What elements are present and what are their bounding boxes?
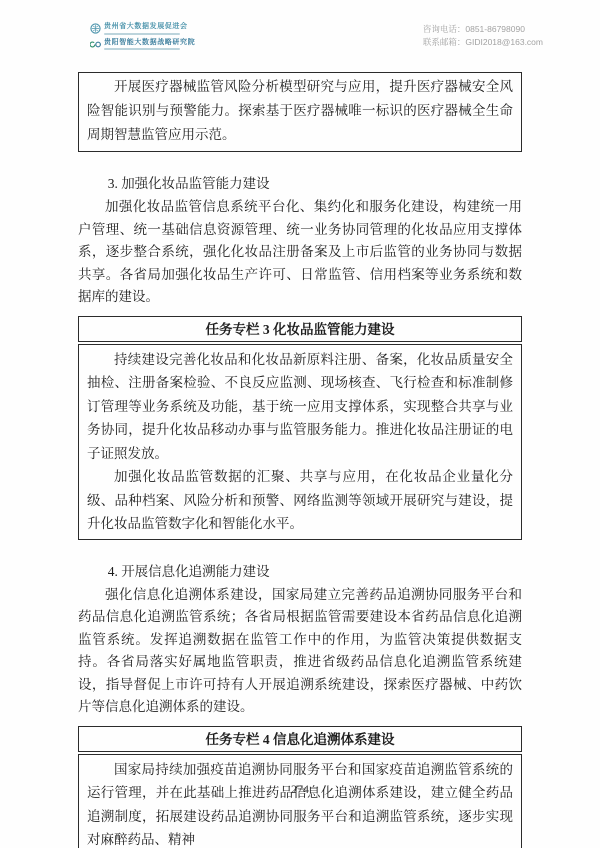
header-contact-info: 咨询电话：0851-86798090 联系邮箱：GIDI2018@163.com xyxy=(423,23,543,48)
task-box-3-body: 持续建设完善化妆品和化妆品新原料注册、备案，化妆品质量安全抽检、注册备案检验、不… xyxy=(78,344,522,540)
task-box-4-body: 国家局持续加强疫苗追溯协同服务平台和国家疫苗追溯监管系统的运行管理，并在此基础上… xyxy=(78,754,522,848)
task-box-3-title: 任务专栏 3 化妆品监管能力建设 xyxy=(78,316,522,342)
section-3-heading: 3. 加强化妆品监管能力建设 xyxy=(78,174,522,194)
association-logo: 贵州省大数据发展促进会 xyxy=(90,23,195,35)
institute-logo-icon xyxy=(90,39,101,50)
contact-phone: 咨询电话：0851-86798090 xyxy=(423,23,543,36)
task-box-3-paragraph-2: 加强化妆品监管数据的汇聚、共享与应用，在化妆品企业量化分级、品种档案、风险分析和… xyxy=(87,465,513,536)
document-content: 开展医疗器械监管风险分析模型研究与应用，提升医疗器械安全风险智能识别与预警能力。… xyxy=(78,72,522,848)
task-box-4-title: 任务专栏 4 信息化追溯体系建设 xyxy=(78,726,522,752)
continuation-paragraph: 开展医疗器械监管风险分析模型研究与应用，提升医疗器械安全风险智能识别与预警能力。… xyxy=(87,75,513,147)
page-number: 274 xyxy=(0,782,600,797)
institute-logo-caption-line xyxy=(104,48,180,50)
section-4-heading: 4. 开展信息化追溯能力建设 xyxy=(78,562,522,582)
institute-logo: 贵阳智能大数据战略研究院 xyxy=(90,39,195,51)
header-logos: 贵州省大数据发展促进会 贵阳智能大数据战略研究院 xyxy=(90,23,195,50)
association-logo-caption-line xyxy=(104,33,180,35)
institute-logo-text: 贵阳智能大数据战略研究院 xyxy=(104,39,195,47)
association-logo-icon xyxy=(90,23,101,34)
task-box-2-continuation: 开展医疗器械监管风险分析模型研究与应用，提升医疗器械安全风险智能识别与预警能力。… xyxy=(78,72,522,152)
document-page: 贵州省大数据发展促进会 贵阳智能大数据战略研究院 咨询电话：0851-86798… xyxy=(0,0,600,848)
section-3-paragraph: 加强化妆品监管信息系统平台化、集约化和服务化建设，构建统一用户管理、统一基础信息… xyxy=(78,196,522,309)
task-box-4-paragraph-1: 国家局持续加强疫苗追溯协同服务平台和国家疫苗追溯监管系统的运行管理，并在此基础上… xyxy=(87,758,513,848)
task-box-3-paragraph-1: 持续建设完善化妆品和化妆品新原料注册、备案，化妆品质量安全抽检、注册备案检验、不… xyxy=(87,348,513,466)
contact-email: 联系邮箱：GIDI2018@163.com xyxy=(423,36,543,49)
association-logo-text: 贵州省大数据发展促进会 xyxy=(104,23,188,31)
section-4-paragraph: 强化信息化追溯体系建设，国家局建立完善药品追溯协同服务平台和药品信息化追溯监管系… xyxy=(78,584,522,719)
page-header: 贵州省大数据发展促进会 贵阳智能大数据战略研究院 咨询电话：0851-86798… xyxy=(90,23,543,50)
